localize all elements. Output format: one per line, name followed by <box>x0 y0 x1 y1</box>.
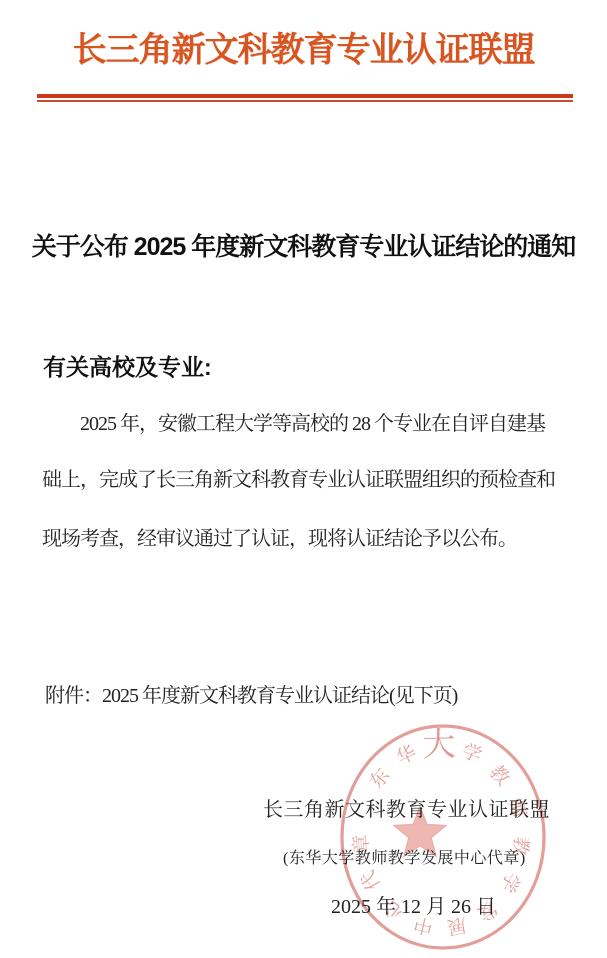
body-line: 2025 年，安徽工程大学等高校的 28 个专业在自评自建基 <box>42 412 600 436</box>
svg-text:教: 教 <box>485 761 514 790</box>
masthead-divider <box>37 94 573 102</box>
svg-text:发: 发 <box>473 896 501 925</box>
svg-text:中: 中 <box>412 913 435 939</box>
svg-text:心: 心 <box>378 894 407 924</box>
svg-text:学: 学 <box>496 869 525 896</box>
star-icon <box>393 806 446 857</box>
body-line: 现场考查，经审议通过了认证，现将认证结论予以公布。 <box>42 527 562 551</box>
svg-text:展: 展 <box>445 913 468 938</box>
masthead-title: 长三角新文科教育专业认证联盟 <box>0 22 607 71</box>
attachment-note: 附件：2025 年度新文科教育专业认证结论(见下页) <box>45 679 457 708</box>
svg-text:学: 学 <box>459 740 485 768</box>
seal-arc-text: 东华大学教师教学发展中心代章 <box>350 726 532 938</box>
svg-text:东: 东 <box>365 764 394 793</box>
svg-text:教: 教 <box>508 836 532 857</box>
svg-text:章: 章 <box>350 834 373 855</box>
svg-text:代: 代 <box>357 867 385 894</box>
notice-title: 关于公布 2025 年度新文科教育专业认证结论的通知 <box>0 227 607 263</box>
official-seal: 东华大学教师教学发展中心代章 <box>336 720 550 958</box>
svg-text:师: 师 <box>503 796 530 821</box>
svg-text:华: 华 <box>393 741 420 769</box>
notice-document: 长三角新文科教育专业认证联盟 关于公布 2025 年度新文科教育专业认证结论的通… <box>0 0 607 958</box>
svg-text:大: 大 <box>422 726 456 764</box>
divider-thin-line <box>37 100 573 102</box>
body-line: 础上，完成了长三角新文科教育专业认证联盟组织的预检查和 <box>42 468 562 492</box>
salutation: 有关高校及专业: <box>43 349 212 382</box>
